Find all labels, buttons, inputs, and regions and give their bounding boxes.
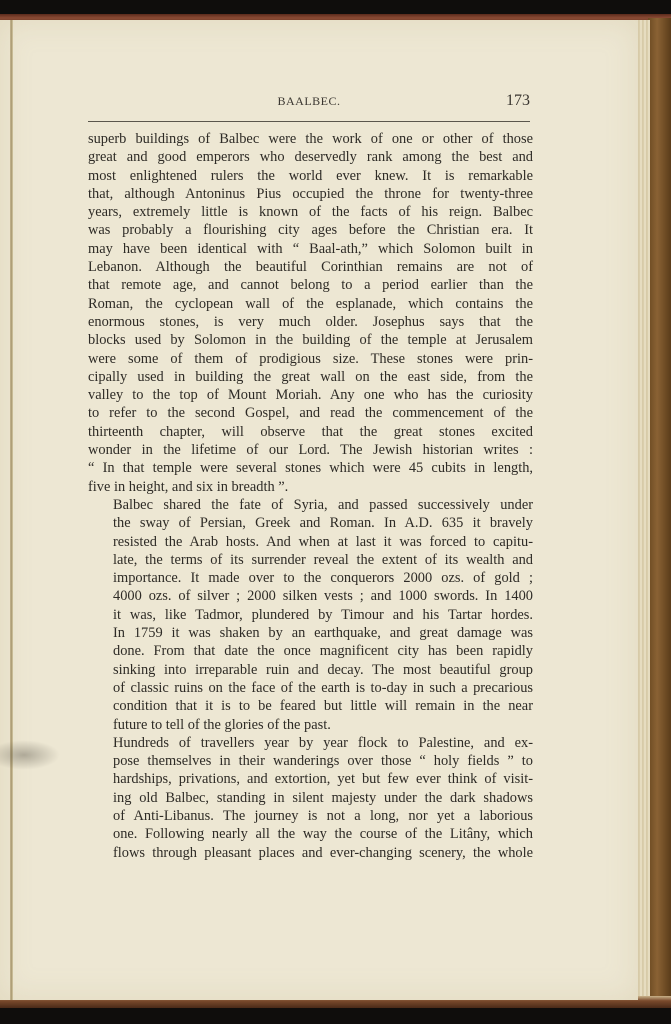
page-number: 173 — [506, 92, 530, 110]
text-line: five in height, and six in breadth ”. — [88, 478, 533, 496]
text-line: great and good emperors who deservedly r… — [88, 148, 533, 166]
text-line: hardships, privations, and extortion, ye… — [88, 770, 533, 788]
text-line: wonder in the lifetime of our Lord. The … — [88, 441, 533, 459]
text-line: it was, like Tadmor, plundered by Timour… — [88, 606, 533, 624]
text-line: flows through pleasant places and ever-c… — [88, 844, 533, 862]
text-line: to refer to the second Gospel, and read … — [88, 404, 533, 422]
paragraph-1: superb buildings of Balbec were the work… — [88, 130, 533, 496]
text-line: that remote age, and cannot belong to a … — [88, 276, 533, 294]
text-line: sinking into irreparable ruin and decay.… — [88, 661, 533, 679]
text-line: resisted the Arab hosts. And when at las… — [88, 533, 533, 551]
text-line: enormous stones, is very much older. Jos… — [88, 313, 533, 331]
page-edges — [636, 20, 650, 1005]
text-line: 4000 ozs. of silver ; 2000 silken vests … — [88, 587, 533, 605]
page-gutter — [10, 20, 13, 1000]
text-line: may have been identical with “ Baal-ath,… — [88, 240, 533, 258]
header-rule — [88, 121, 530, 122]
text-line: were some of them of prodigious size. Th… — [88, 350, 533, 368]
text-line: pose themselves in their wanderings over… — [88, 752, 533, 770]
text-line: “ In that temple were several stones whi… — [88, 459, 533, 477]
text-line: thirteenth chapter, will observe that th… — [88, 423, 533, 441]
body-text: superb buildings of Balbec were the work… — [88, 130, 533, 862]
text-line: condition that it is to be feared but li… — [88, 697, 533, 715]
page-stain — [0, 740, 60, 770]
running-head: BAALBEC. 173 — [88, 92, 530, 112]
paragraph-3: Hundreds of travellers year by year floc… — [88, 734, 533, 862]
text-line: ing old Balbec, standing in silent majes… — [88, 789, 533, 807]
text-line: of Anti-Libanus. The journey is not a lo… — [88, 807, 533, 825]
text-line: blocks used by Solomon in the building o… — [88, 331, 533, 349]
text-line: that, although Antoninus Pius occupied t… — [88, 185, 533, 203]
text-line: Lebanon. Although the beautiful Corinthi… — [88, 258, 533, 276]
text-line: In 1759 it was shaken by an earthquake, … — [88, 624, 533, 642]
text-line: Balbec shared the fate of Syria, and pas… — [88, 496, 533, 514]
text-line: late, the terms of its surrender reveal … — [88, 551, 533, 569]
running-title: BAALBEC. — [88, 94, 530, 109]
paragraph-2: Balbec shared the fate of Syria, and pas… — [88, 496, 533, 734]
book-cover-edge — [648, 18, 671, 1008]
text-line: future to tell of the glories of the pas… — [88, 716, 533, 734]
text-line: superb buildings of Balbec were the work… — [88, 130, 533, 148]
text-line: Roman, the cyclopean wall of the esplana… — [88, 295, 533, 313]
text-line: done. From that date the once magnificen… — [88, 642, 533, 660]
text-line: years, extremely little is known of the … — [88, 203, 533, 221]
text-line: valley to the top of Mount Moriah. Any o… — [88, 386, 533, 404]
text-line: was probably a flourishing city ages bef… — [88, 221, 533, 239]
text-line: of classic ruins on the face of the eart… — [88, 679, 533, 697]
text-line: Hundreds of travellers year by year floc… — [88, 734, 533, 752]
text-line: one. Following nearly all the way the co… — [88, 825, 533, 843]
text-line: the sway of Persian, Greek and Roman. In… — [88, 514, 533, 532]
text-line: most enlightened rulers the world ever k… — [88, 167, 533, 185]
text-line: cipally used in building the great wall … — [88, 368, 533, 386]
text-line: importance. It made over to the conquero… — [88, 569, 533, 587]
